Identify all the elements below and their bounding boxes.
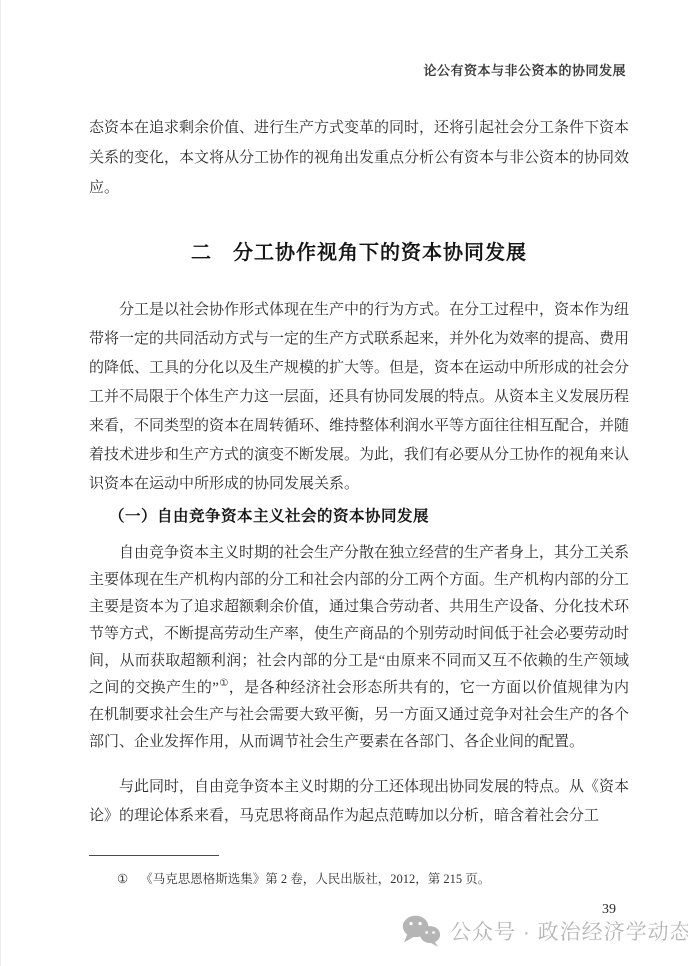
- paragraph-meanwhile: 与此同时，自由竞争资本主义时期的分工还体现出协同发展的特点。从《资本论》的理论体…: [89, 773, 629, 831]
- document-page: 论公有资本与非公资本的协同发展 态资本在追求剩余价值、进行生产方式变革的同时，还…: [0, 0, 688, 966]
- subsection-title: （一）自由竞争资本主义社会的资本协同发展: [109, 504, 429, 526]
- footnote-reference-marker: ①: [219, 678, 229, 689]
- running-head-title: 论公有资本与非公资本的协同发展: [423, 60, 626, 79]
- paragraph-text-before-note: 自由竞争资本主义时期的社会生产分散在独立经营的生产者身上，其分工关系主要体现在生…: [89, 545, 629, 696]
- wechat-icon: [401, 914, 441, 947]
- footnote-text: 《马克思恩格斯选集》第 2 卷，人民出版社，2012，第 215 页。: [140, 872, 490, 886]
- paragraph-free-competition: 自由竞争资本主义时期的社会生产分散在独立经营的生产者身上，其分工关系主要体现在生…: [89, 540, 629, 756]
- footnote-divider: [89, 855, 219, 856]
- watermark-text: 公众号 · 政治经济学动态: [450, 916, 688, 946]
- footnote-marker: ①: [117, 872, 128, 886]
- section-title: 二 分工协作视角下的资本协同发展: [89, 236, 629, 265]
- footnote: ①《马克思恩格斯选集》第 2 卷，人民出版社，2012，第 215 页。: [117, 869, 629, 887]
- watermark: 公众号 · 政治经济学动态: [401, 914, 688, 947]
- paragraph-division-of-labor: 分工是以社会协作形式体现在生产中的行为方式。在分工过程中，资本作为纽带将一定的共…: [89, 296, 629, 499]
- paragraph-continuation: 态资本在追求剩余价值、进行生产方式变革的同时，还将引起社会分工条件下资本关系的变…: [89, 113, 629, 203]
